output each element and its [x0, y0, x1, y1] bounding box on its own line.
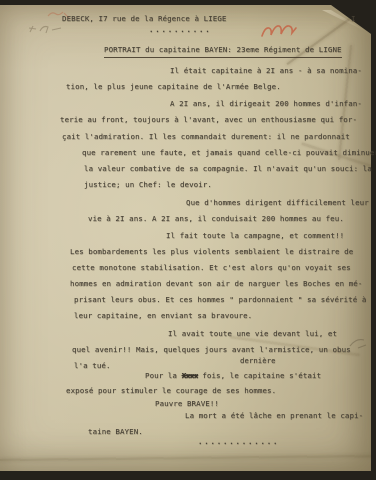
typed-line: Il avait toute une vie devant lui, et — [168, 329, 337, 339]
typed-line: exposé pour stimuler le courage de ses h… — [66, 386, 276, 396]
typed-line-with-strikeout: Pour la Xxxx fois, le capitaine s'était — [145, 371, 321, 381]
typed-line: taine BAYEN. — [88, 427, 143, 437]
address-line: DEBECK, I7 rue de la Régence à LIEGE — [62, 14, 227, 24]
typed-line: leur capitaine, en enviant sa bravoure. — [74, 311, 252, 321]
document-title: PORTRAIT du capitaine BAYEN: 23eme Régim… — [104, 45, 342, 58]
typed-line: Pauvre BRAVE!! — [155, 399, 219, 409]
correction-after: fois, le capitaine s'était — [198, 371, 321, 380]
typed-line: la valeur combative de sa compagnie. Il … — [84, 164, 372, 174]
typed-line: A 2I ans, il dirigeait 200 hommes d'infa… — [170, 99, 362, 109]
dots-separator-bottom: ............. — [198, 437, 279, 447]
dots-separator-top: .......... — [149, 25, 212, 35]
typed-line: Les bombardements les plus violents semb… — [70, 247, 353, 257]
typed-line: Il était capitaine à 2I ans - à sa nomin… — [170, 66, 362, 76]
correction-before: Pour la — [145, 371, 182, 380]
typed-line: vie à 2I ans. A 2I ans, il conduisait 20… — [88, 214, 344, 224]
typed-line: terie au front, toujours à l'avant, avec… — [60, 115, 357, 125]
typed-line: La mort a été lâche en prenant le capi- — [185, 411, 363, 421]
scanned-page: DEBECK, I7 rue de la Régence à LIEGE I .… — [0, 0, 376, 480]
inserted-word: dernière — [240, 356, 276, 366]
typed-line: tion, le plus jeune capitaine de l'Armée… — [66, 82, 281, 92]
typed-line: hommes en admiration devant son air de n… — [70, 279, 362, 289]
struck-word: Xxxx — [182, 371, 198, 380]
typed-line: Que d'hommes dirigent difficilement leur — [186, 198, 369, 208]
typed-line: quel avenir!! Mais, quelques jours avant… — [72, 345, 351, 355]
typed-line: Il fait toute la campagne, et comment!! — [166, 231, 344, 241]
paper-crease — [0, 455, 376, 460]
typed-line: l'a tué. — [74, 361, 111, 371]
typed-line: prisant leurs obus. Et ces hommes " pard… — [74, 295, 366, 305]
page-number: I — [351, 14, 356, 24]
typed-line: justice; un Chef: le devoir. — [84, 180, 212, 190]
typed-line: cette monotone stabilisation. Et c'est a… — [72, 263, 351, 273]
dog-ear-fold — [322, 10, 374, 42]
typed-line: que rarement une faute, et jamais quand … — [82, 148, 376, 158]
typed-line: çait l'admiration. Il les commandait dur… — [62, 132, 350, 142]
